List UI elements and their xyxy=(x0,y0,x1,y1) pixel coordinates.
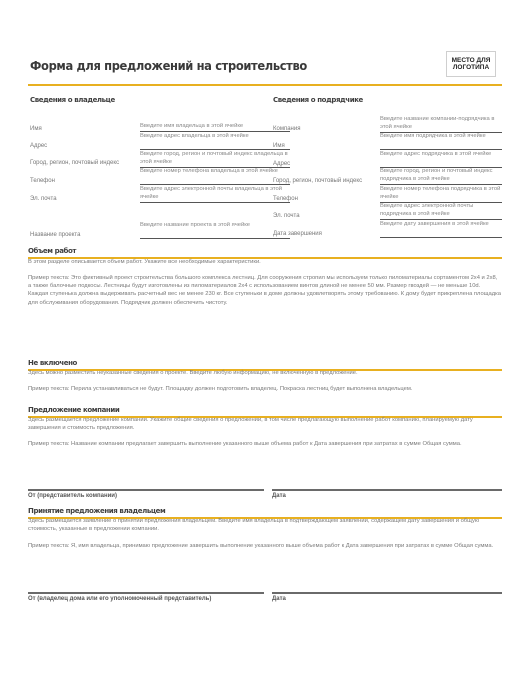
scope-example[interactable]: Пример текста: Это фиктивный проект стро… xyxy=(28,274,502,307)
owner-section-heading: Сведения о владельце xyxy=(30,96,115,104)
owner-date-label: Дата xyxy=(272,596,286,602)
excluded-intro[interactable]: Здесь можно разместить неуказанные сведе… xyxy=(28,369,502,377)
owner-date-line[interactable] xyxy=(272,592,502,594)
contractor-email-field[interactable]: Введите адрес электронной почты подрядчи… xyxy=(380,203,502,220)
scope-intro[interactable]: В этом разделе описывается объем работ. … xyxy=(28,258,502,266)
contractor-city-label: Город, регион, почтовый индекс xyxy=(273,178,362,184)
owner-city-label: Город, регион, почтовый индекс xyxy=(30,160,119,166)
owner-email-label: Эл. почта xyxy=(30,196,57,202)
page-title: Форма для предложений на строительство xyxy=(30,58,307,73)
contractor-email-label: Эл. почта xyxy=(273,213,300,219)
company-date-label: Дата xyxy=(272,493,286,499)
project-name-label: Название проекта xyxy=(30,232,80,238)
completion-date-field[interactable]: Введите дату завершения в этой ячейке xyxy=(380,221,502,238)
acceptance-example[interactable]: Пример текста: Я, имя владельца, принима… xyxy=(28,542,502,550)
contractor-city-field[interactable]: Введите город, регион и почтовый индекс … xyxy=(380,168,502,185)
logo-placeholder[interactable]: МЕСТО ДЛЯ ЛОГОТИПА xyxy=(446,51,496,77)
proposal-example[interactable]: Пример текста: Название компании предлаг… xyxy=(28,440,502,448)
excluded-heading: Не включено xyxy=(28,359,77,367)
contractor-address-label: Адрес xyxy=(273,161,290,167)
contractor-phone-label: Телефон xyxy=(273,196,298,202)
completion-date-label: Дата завершения xyxy=(273,231,322,237)
construction-proposal-form: Форма для предложений на строительство М… xyxy=(0,0,520,675)
owner-name-label: Имя xyxy=(30,126,42,132)
contractor-company-label: Компания xyxy=(273,126,300,132)
owner-city-field[interactable]: Введите город, регион и почтовый индекс … xyxy=(140,151,290,168)
contractor-company-field[interactable]: Введите название компании-подрядчика в э… xyxy=(380,116,502,133)
acceptance-intro[interactable]: Здесь размещается заявление о принятии п… xyxy=(28,517,502,533)
contractor-phone-field[interactable]: Введите номер телефона подрядчика в этой… xyxy=(380,186,502,203)
owner-name-field[interactable]: Введите имя владельца в этой ячейке xyxy=(140,123,290,132)
header-divider xyxy=(28,84,502,86)
project-name-field[interactable]: Введите название проекта в этой ячейке xyxy=(140,222,290,239)
company-signature-label: От (представитель компании) xyxy=(28,493,117,499)
scope-heading: Объем работ xyxy=(28,247,76,255)
owner-address-field[interactable]: Введите адрес владельца в этой ячейке xyxy=(140,133,290,150)
excluded-example[interactable]: Пример текста: Перила устанавливаться не… xyxy=(28,385,502,393)
proposal-intro[interactable]: Здесь размещается предложение компании. … xyxy=(28,416,502,432)
owner-signature-line[interactable] xyxy=(28,592,264,594)
contractor-name-field[interactable]: Введите имя подрядчика в этой ячейке xyxy=(380,133,502,150)
contractor-name-label: Имя xyxy=(273,143,285,149)
contractor-section-heading: Сведения о подрядчике xyxy=(273,96,363,104)
owner-address-label: Адрес xyxy=(30,143,47,149)
owner-signature-label: От (владелец дома или его уполномоченный… xyxy=(28,596,211,602)
owner-email-field[interactable]: Введите адрес электронной почты владельц… xyxy=(140,186,290,203)
company-signature-line[interactable] xyxy=(28,489,264,491)
proposal-heading: Предложение компании xyxy=(28,406,119,414)
contractor-address-field[interactable]: Введите адрес подрядчика в этой ячейке xyxy=(380,151,502,168)
owner-phone-label: Телефон xyxy=(30,178,55,184)
owner-phone-field[interactable]: Введите номер телефона владельца в этой … xyxy=(140,168,290,185)
acceptance-heading: Принятие предложения владельцем xyxy=(28,507,165,515)
company-date-line[interactable] xyxy=(272,489,502,491)
